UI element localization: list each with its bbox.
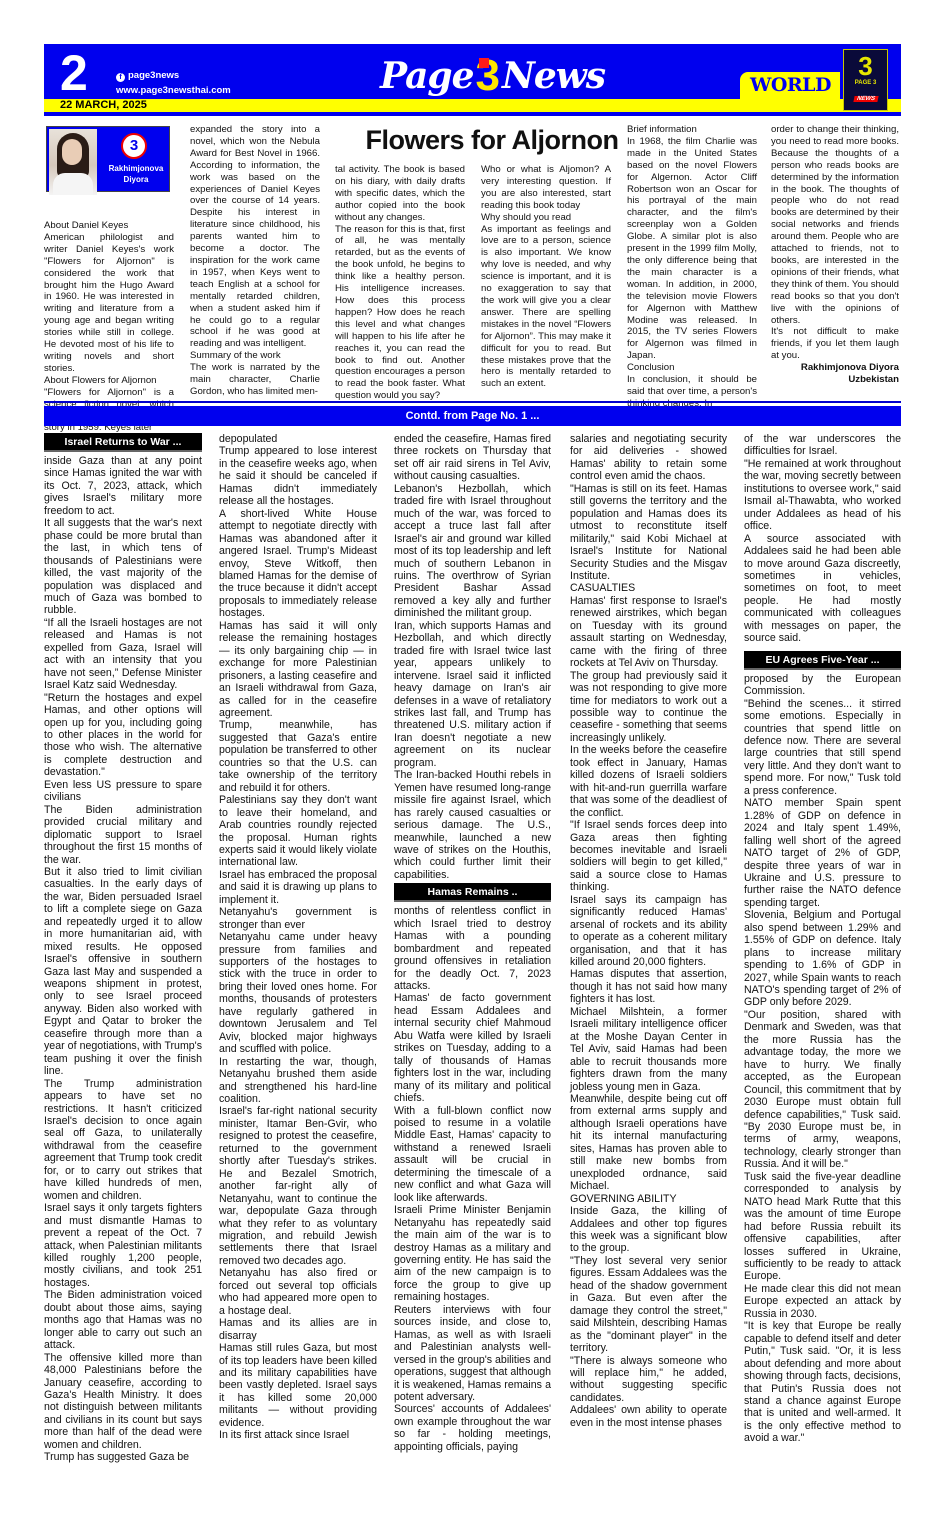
feature-column-5: Brief information In 1968, the film Char…: [627, 124, 757, 410]
feature-headline: Flowers for Aljornon: [356, 124, 628, 156]
issue-date: 22 MARCH, 2025: [60, 99, 147, 112]
feature-column-2: expanded the story into a novel, which w…: [190, 124, 320, 398]
news-column-5: of the war underscores the difficulties …: [744, 433, 901, 1445]
feature-column-4: Who or what is Aljomon? A very interesti…: [481, 164, 611, 390]
signature-name: Rakhimjonova Diyora: [771, 362, 899, 374]
website-link[interactable]: www.page3newsthai.com: [116, 85, 231, 96]
logo-word-page: Page: [380, 54, 474, 98]
badge-line2: NEWS: [853, 96, 878, 102]
page-number: 2: [60, 47, 88, 99]
signature-country: Uzbekistan: [771, 374, 899, 386]
news-column-4: salaries and negotiating security for ai…: [570, 433, 727, 1429]
continued-banner: Contd. from Page No. 1 ...: [44, 406, 901, 426]
tag-eu-agrees[interactable]: EU Agrees Five-Year ...: [744, 651, 901, 670]
page3-badge-icon: 3 PAGE 3 NEWS: [843, 49, 888, 111]
section-label: WORLD: [750, 74, 831, 96]
author-name: Rakhimjonova Diyora: [101, 163, 171, 185]
feature-column-6: order to change their thinking, you need…: [771, 124, 899, 386]
tag-hamas-remains[interactable]: Hamas Remains ..: [394, 883, 551, 902]
tag-israel-returns[interactable]: Israel Returns to War ...: [44, 433, 202, 452]
facebook-handle[interactable]: fpage3news: [116, 70, 179, 82]
facebook-icon: f: [116, 73, 125, 82]
page3-logo-icon: 3: [121, 133, 147, 159]
badge-line1: PAGE 3: [844, 80, 887, 87]
logo-number: 3: [476, 54, 500, 98]
author-photo: [49, 129, 97, 195]
logo-word-news: News: [502, 54, 605, 98]
masthead: 2 fpage3news www.page3newsthai.com 22 MA…: [44, 44, 901, 116]
news-column-2: depopulated Trump appeared to lose inter…: [219, 433, 377, 1442]
author-box: 3 Rakhimjonova Diyora: [46, 126, 170, 192]
feature-column-3: tal activity. The book is based on his d…: [335, 164, 465, 402]
section-divider: [44, 401, 901, 403]
newspaper-logo: Page 3 News: [380, 54, 605, 98]
facebook-handle-text: page3news: [128, 70, 179, 81]
badge-number: 3: [844, 52, 887, 80]
newspaper-page: 2 fpage3news www.page3newsthai.com 22 MA…: [44, 44, 901, 1524]
news-column-1: Israel Returns to War ... inside Gaza th…: [44, 431, 202, 1464]
news-column-3: ended the ceasefire, Hamas fired three r…: [394, 433, 551, 1453]
feature-article: 3 Rakhimjonova Diyora Flowers for Aljorn…: [44, 124, 901, 404]
